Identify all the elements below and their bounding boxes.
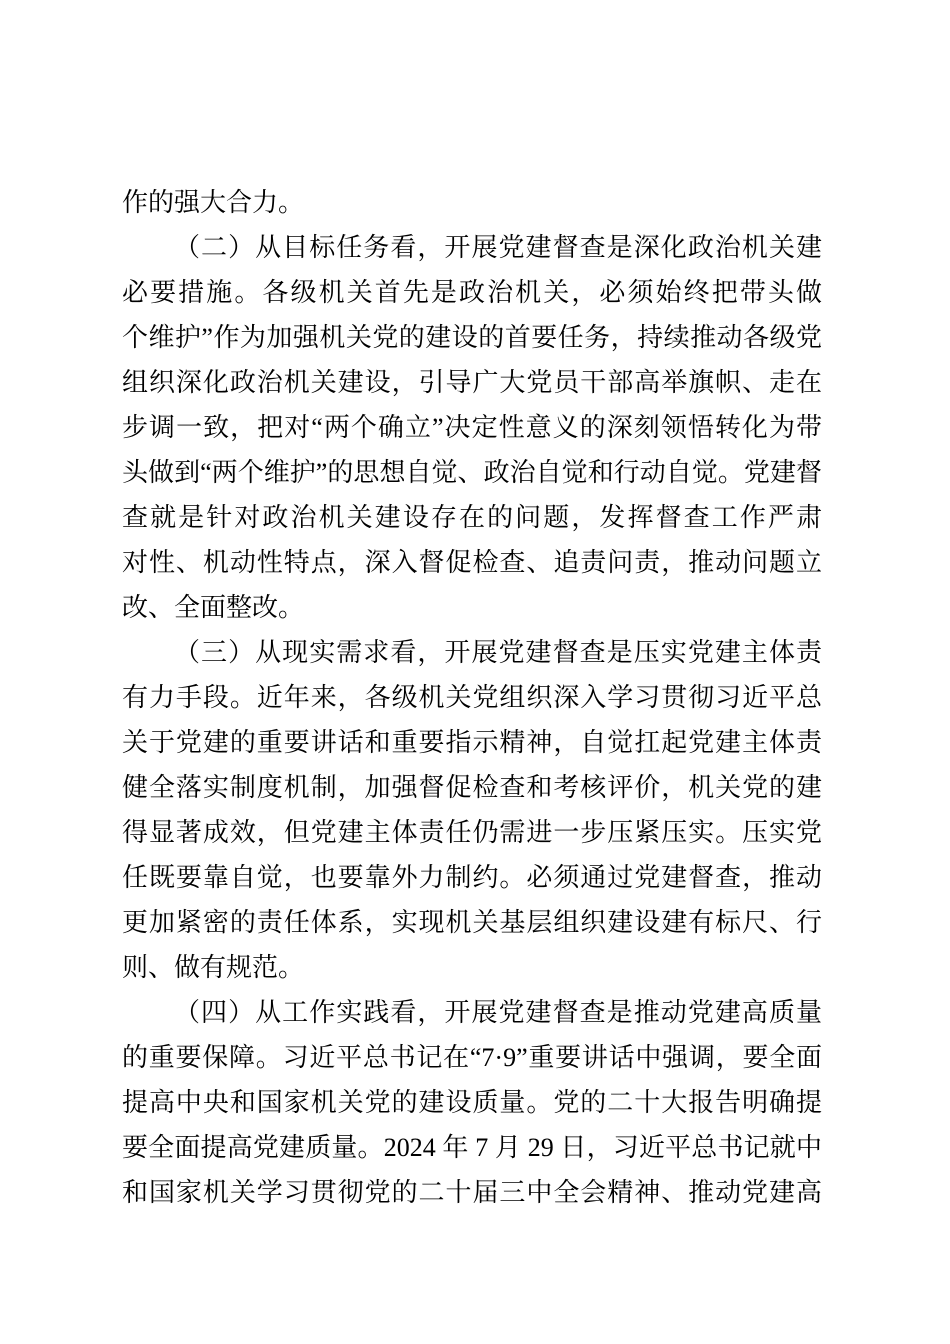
text-line: （四）从工作实践看，开展党建督查是推动党建高质量发展 xyxy=(122,990,822,1035)
text-line: 则、做有规范。 xyxy=(122,945,822,990)
text-line: 头做到“两个维护”的思想自觉、政治自觉和行动自觉。党建督 xyxy=(122,450,822,495)
text-line: （三）从现实需求看，开展党建督查是压实党建主体责任的 xyxy=(122,630,822,675)
text-line: 对性、机动性特点，深入督促检查、追责问责，推动问题立行立 xyxy=(122,540,822,585)
text-line: 得显著成效，但党建主体责任仍需进一步压紧压实。压实党建责 xyxy=(122,810,822,855)
paragraph: （三）从现实需求看，开展党建督查是压实党建主体责任的有力手段。近年来，各级机关党… xyxy=(122,630,822,990)
text-line: 的重要保障。习近平总书记在“7·9”重要讲话中强调，要全面 xyxy=(122,1035,822,1080)
text-line: 作的强大合力。 xyxy=(122,180,822,225)
document-body: 作的强大合力。（二）从目标任务看，开展党建督查是深化政治机关建设的必要措施。各级… xyxy=(122,180,822,1215)
text-line: 任既要靠自觉，也要靠外力制约。必须通过党建督查，推动构建 xyxy=(122,855,822,900)
text-line: 必要措施。各级机关首先是政治机关，必须始终把带头做到“两 xyxy=(122,270,822,315)
text-line: 有力手段。近年来，各级机关党组织深入学习贯彻习近平总书记 xyxy=(122,675,822,720)
paragraph: 作的强大合力。 xyxy=(122,180,822,225)
document-page: 作的强大合力。（二）从目标任务看，开展党建督查是深化政治机关建设的必要措施。各级… xyxy=(0,0,950,1344)
text-line: （二）从目标任务看，开展党建督查是深化政治机关建设的 xyxy=(122,225,822,270)
paragraph: （二）从目标任务看，开展党建督查是深化政治机关建设的必要措施。各级机关首先是政治… xyxy=(122,225,822,630)
text-line: 健全落实制度机制，加强督促检查和考核评价，机关党的建设取 xyxy=(122,765,822,810)
text-line: 和国家机关学习贯彻党的二十届三中全会精神、推动党建高质 xyxy=(122,1170,822,1215)
text-line: 关于党建的重要讲话和重要指示精神，自觉扛起党建主体责任， xyxy=(122,720,822,765)
text-line: 查就是针对政治机关建设存在的问题，发挥督查工作严肃性、针 xyxy=(122,495,822,540)
text-line: 步调一致，把对“两个确立”决定性意义的深刻领悟转化为带 xyxy=(122,405,822,450)
paragraph: （四）从工作实践看，开展党建督查是推动党建高质量发展的重要保障。习近平总书记在“… xyxy=(122,990,822,1215)
text-line: 个维护”作为加强机关党的建设的首要任务，持续推动各级党 xyxy=(122,315,822,360)
text-line: 提高中央和国家机关党的建设质量。党的二十大报告明确提出， xyxy=(122,1080,822,1125)
text-line: 更加紧密的责任体系，实现机关基层组织建设建有标尺、行有准 xyxy=(122,900,822,945)
text-line: 要全面提高党建质量。2024 年 7 月 29 日，习近平总书记就中央 xyxy=(122,1125,822,1170)
text-line: 改、全面整改。 xyxy=(122,585,822,630)
text-line: 组织深化政治机关建设，引导广大党员干部高举旗帜、走在前列、 xyxy=(122,360,822,405)
